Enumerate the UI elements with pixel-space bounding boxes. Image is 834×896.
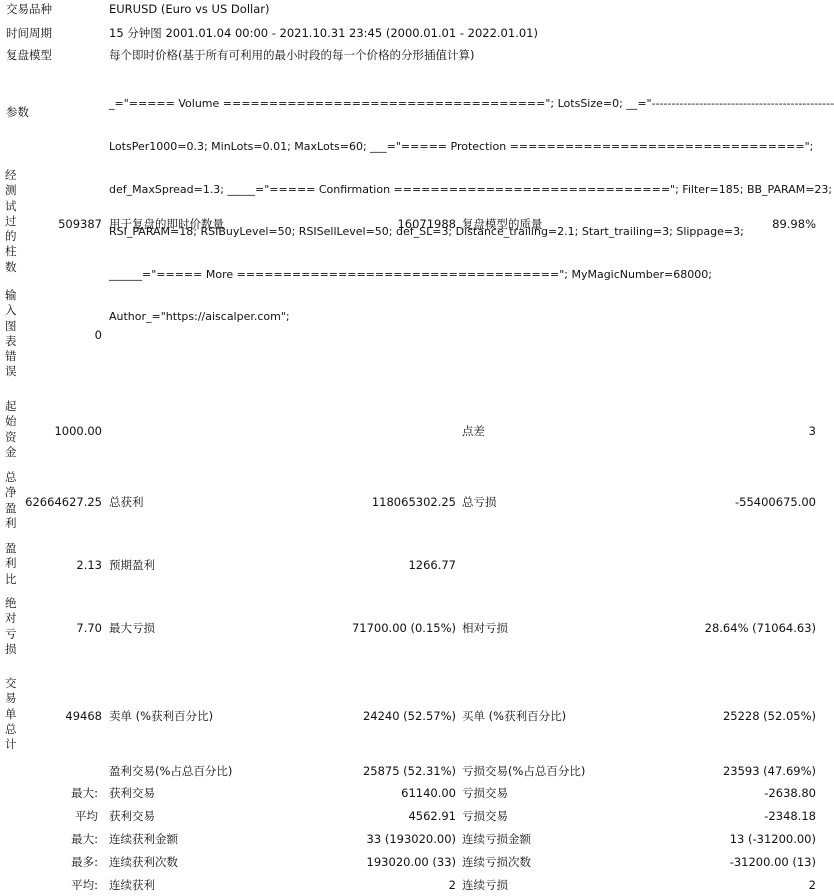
params-value: _="===== Volume ========================… <box>109 69 829 339</box>
max-dd-value: 71700.00 (0.15%) <box>280 621 456 635</box>
ticks-label: 用于复盘的即时价数量 <box>109 217 224 231</box>
trades-label: 交易单总计 <box>5 676 19 752</box>
row-left-value: 61140.00 <box>280 786 456 800</box>
max-dd-label: 最大亏损 <box>109 621 155 635</box>
net-label: 总净盈利 <box>5 470 19 531</box>
period-value: 15 分钟图 2001.01.04 00:00 - 2021.10.31 23:… <box>109 26 538 40</box>
dd-label: 绝对亏损 <box>5 596 19 657</box>
row-right-label: 亏损交易(%占总百分比) <box>462 764 585 778</box>
row-left-label: 获利交易 <box>109 809 155 823</box>
row-right-label: 连续亏损 <box>462 878 508 892</box>
row-right-label: 亏损交易 <box>462 786 508 800</box>
pf-label: 盈利比 <box>5 541 19 587</box>
long-value: 25228 (52.05%) <box>620 709 816 723</box>
row-prefix: 最大: <box>20 832 98 846</box>
bars-label: 经测试过的柱数 <box>5 168 19 275</box>
row-prefix: 平均 <box>20 809 98 823</box>
row-right-value: -31200.00 (13) <box>620 855 816 869</box>
params-label: 参数 <box>6 105 29 119</box>
deposit-value: 1000.00 <box>20 424 102 438</box>
errors-value: 0 <box>20 328 102 342</box>
row-prefix: 平均: <box>20 878 98 892</box>
gross-profit-value: 118065302.25 <box>280 495 456 509</box>
row-right-value: 23593 (47.69%) <box>620 764 816 778</box>
expected-label: 预期盈利 <box>109 558 155 572</box>
row-right-label: 连续亏损次数 <box>462 855 531 869</box>
row-prefix: 最多: <box>20 855 98 869</box>
row-left-value: 193020.00 (33) <box>280 855 456 869</box>
expected-value: 1266.77 <box>280 558 456 572</box>
row-left-value: 2 <box>280 878 456 892</box>
bars-value: 509387 <box>20 217 102 231</box>
spread-value: 3 <box>620 424 816 438</box>
symbol-label: 交易品种 <box>6 2 52 16</box>
row-left-label: 连续获利次数 <box>109 855 178 869</box>
dd-value: 7.70 <box>20 621 102 635</box>
quality-label: 复盘模型的质量 <box>462 217 543 231</box>
row-left-value: 4562.91 <box>280 809 456 823</box>
row-right-label: 连续亏损金额 <box>462 832 531 846</box>
row-left-value: 33 (193020.00) <box>280 832 456 846</box>
long-label: 买单 (%获利百分比) <box>462 709 566 723</box>
model-value: 每个即时价格(基于所有可利用的最小时段的每一个价格的分形插值计算) <box>109 48 474 62</box>
row-right-value: 2 <box>620 878 816 892</box>
params-line: ______="===== More =====================… <box>109 268 829 282</box>
pf-value: 2.13 <box>20 558 102 572</box>
params-line: Author_="https://aiscalper.com"; <box>109 310 829 324</box>
spread-label: 点差 <box>462 424 485 438</box>
params-line: _="===== Volume ========================… <box>109 97 829 111</box>
period-label: 时间周期 <box>6 26 52 40</box>
deposit-label: 起始资金 <box>5 399 19 460</box>
row-right-value: -2638.80 <box>620 786 816 800</box>
row-left-label: 连续获利 <box>109 878 155 892</box>
quality-value: 89.98% <box>620 217 816 231</box>
trades-value: 49468 <box>20 709 102 723</box>
params-line: LotsPer1000=0.3; MinLots=0.01; MaxLots=6… <box>109 140 829 154</box>
symbol-value: EURUSD (Euro vs US Dollar) <box>109 2 269 16</box>
short-label: 卖单 (%获利百分比) <box>109 709 213 723</box>
short-value: 24240 (52.57%) <box>280 709 456 723</box>
gross-profit-label: 总获利 <box>109 495 144 509</box>
errors-label: 输入图表错误 <box>5 288 19 380</box>
net-value: 62664627.25 <box>20 495 102 509</box>
rel-dd-value: 28.64% (71064.63) <box>620 621 816 635</box>
row-left-label: 获利交易 <box>109 786 155 800</box>
ticks-value: 16071988 <box>280 217 456 231</box>
gross-loss-value: -55400675.00 <box>620 495 816 509</box>
params-line: def_MaxSpread=1.3; _____="===== Confirma… <box>109 183 829 197</box>
row-left-value: 25875 (52.31%) <box>280 764 456 778</box>
row-right-label: 亏损交易 <box>462 809 508 823</box>
model-label: 复盘模型 <box>6 48 52 62</box>
row-prefix: 最大: <box>20 786 98 800</box>
row-left-label: 连续获利金额 <box>109 832 178 846</box>
row-right-value: 13 (-31200.00) <box>620 832 816 846</box>
rel-dd-label: 相对亏损 <box>462 621 508 635</box>
row-left-label: 盈利交易(%占总百分比) <box>109 764 232 778</box>
row-right-value: -2348.18 <box>620 809 816 823</box>
gross-loss-label: 总亏损 <box>462 495 497 509</box>
